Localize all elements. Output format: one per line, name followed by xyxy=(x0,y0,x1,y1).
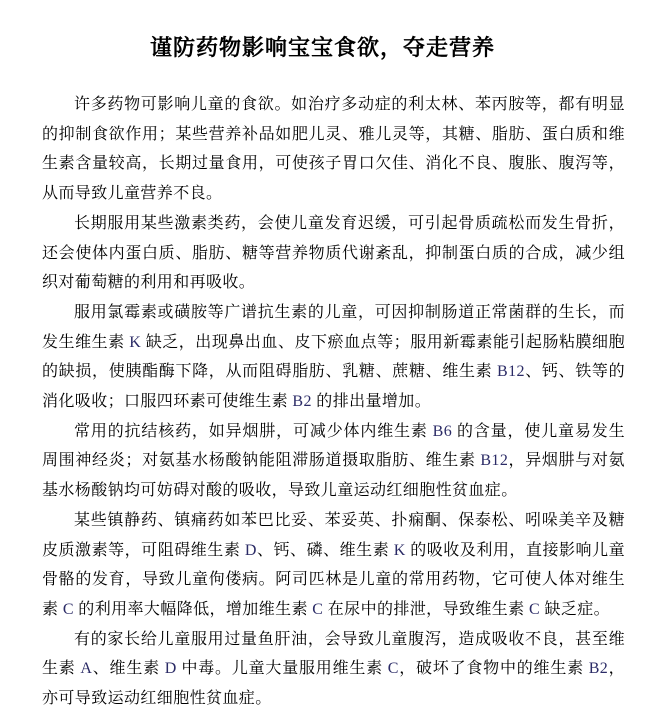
text-segment: ，破坏了食物中的维生素 xyxy=(399,660,589,677)
text-segment: 的排出量增加。 xyxy=(312,393,431,410)
document-title: 谨防药物影响宝宝食欲，夺走营养 xyxy=(42,34,603,64)
vitamin-term: B2 xyxy=(589,660,608,677)
text-segment: 、钙、磷、维生素 xyxy=(257,542,394,559)
text-segment: 许多药物可影响儿童的食欲。如治疗多动症的利太林、苯丙胺等，都有明显的抑制食欲作用… xyxy=(42,96,625,202)
vitamin-term: C xyxy=(529,601,540,618)
vitamin-term: C xyxy=(63,601,74,618)
text-segment: 长期服用某些激素类药，会使儿童发育迟缓，可引起骨质疏松而发生骨折，还会使体内蛋白… xyxy=(42,215,625,291)
document-body: 许多药物可影响儿童的食欲。如治疗多动症的利太林、苯丙胺等，都有明显的抑制食欲作用… xyxy=(42,90,625,714)
vitamin-term: B2 xyxy=(292,393,311,410)
paragraph: 服用氯霉素或磺胺等广谱抗生素的儿童，可因抑制肠道正常菌群的生长，而发生维生素 K… xyxy=(42,298,625,417)
document-page: 谨防药物影响宝宝食欲，夺走营养 许多药物可影响儿童的食欲。如治疗多动症的利太林、… xyxy=(0,0,645,719)
text-segment: 中毒。儿童大量服用维生素 xyxy=(177,660,388,677)
text-segment: 、维生素 xyxy=(92,660,164,677)
text-segment: 缺乏症。 xyxy=(540,601,610,618)
paragraph: 许多药物可影响儿童的食欲。如治疗多动症的利太林、苯丙胺等，都有明显的抑制食欲作用… xyxy=(42,90,625,209)
vitamin-term: A xyxy=(80,660,92,677)
text-segment: 在尿中的排泄，导致维生素 xyxy=(323,601,529,618)
paragraph: 某些镇静药、镇痛药如苯巴比妥、苯妥英、扑痫酮、保泰松、吲哚美辛及糖皮质激素等，可… xyxy=(42,506,625,625)
vitamin-term: D xyxy=(245,542,257,559)
vitamin-term: K xyxy=(129,334,141,351)
text-segment: 的利用率大幅降低，增加维生素 xyxy=(74,601,312,618)
vitamin-term: B12 xyxy=(480,452,508,469)
vitamin-term: D xyxy=(165,660,177,677)
paragraph: 常用的抗结核药，如异烟肼，可减少体内维生素 B6 的含量，使儿童易发生周围神经炎… xyxy=(42,417,625,506)
vitamin-term: B12 xyxy=(497,363,525,380)
text-segment: 常用的抗结核药，如异烟肼，可减少体内维生素 xyxy=(74,423,433,440)
vitamin-term: B6 xyxy=(433,423,452,440)
paragraph: 长期服用某些激素类药，会使儿童发育迟缓，可引起骨质疏松而发生骨折，还会使体内蛋白… xyxy=(42,209,625,298)
vitamin-term: C xyxy=(388,660,399,677)
vitamin-term: C xyxy=(312,601,323,618)
paragraph: 有的家长给儿童服用过量鱼肝油，会导致儿童腹泻，造成吸收不良，甚至维生素 A、维生… xyxy=(42,625,625,714)
vitamin-term: K xyxy=(394,542,406,559)
